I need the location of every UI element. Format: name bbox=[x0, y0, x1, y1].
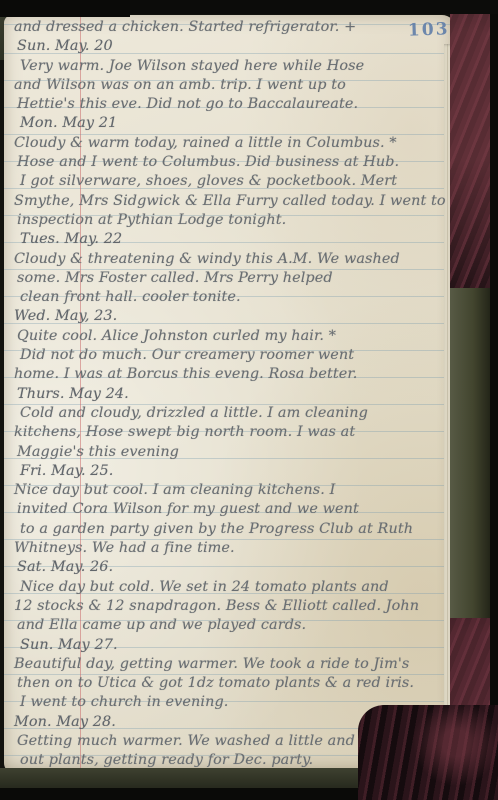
handwriting-line: some. Mrs Foster called. Mrs Perry helpe… bbox=[6, 269, 446, 288]
entry-date-line: Fri. May. 25. bbox=[6, 462, 446, 481]
entry-date-line: Sun. May 27. bbox=[6, 636, 446, 655]
handwriting-line: clean front hall. cooler tonite. bbox=[6, 288, 446, 307]
handwriting-line: Did not do much. Our creamery roomer wen… bbox=[6, 346, 446, 365]
handwriting-line: then on to Utica & got 1dz tomato plants… bbox=[6, 674, 446, 693]
handwriting-line: Maggie's this evening bbox=[6, 443, 446, 462]
entry-date-line: Sat. May. 26. bbox=[6, 558, 446, 577]
handwriting-line: Nice day but cold. We set in 24 tomato p… bbox=[6, 578, 446, 597]
handwriting-line: Hettie's this eve. Did not go to Baccala… bbox=[6, 95, 446, 114]
handwriting-line: Quite cool. Alice Johnston curled my hai… bbox=[6, 327, 446, 346]
diary-photo: 103 and dressed a chicken. Started refri… bbox=[0, 0, 498, 800]
entry-date-line: Tues. May. 22 bbox=[6, 230, 446, 249]
leather-cover-bottom-right bbox=[358, 705, 498, 800]
handwriting-line: Whitneys. We had a fine time. bbox=[6, 539, 446, 558]
handwriting-line: 12 stocks & 12 snapdragon. Bess & Elliot… bbox=[6, 597, 446, 616]
entry-date-line: Sun. May. 20 bbox=[6, 37, 446, 56]
handwriting-line: I got silverware, shoes, gloves & pocket… bbox=[6, 172, 446, 191]
handwriting-line: kitchens, Hose swept big north room. I w… bbox=[6, 423, 446, 442]
handwriting-line: Cold and cloudy, drizzled a little. I am… bbox=[6, 404, 446, 423]
entry-date-line: Thurs. May 24. bbox=[6, 385, 446, 404]
handwriting-line: Cloudy & warm today, rained a little in … bbox=[6, 134, 446, 153]
handwriting-line: Hose and I went to Columbus. Did busines… bbox=[6, 153, 446, 172]
background-right bbox=[490, 0, 498, 800]
handwriting-line: Nice day but cool. I am cleaning kitchen… bbox=[6, 481, 446, 500]
handwriting-line: Smythe, Mrs Sidgwick & Ella Furry called… bbox=[6, 192, 446, 211]
handwriting-line: Very warm. Joe Wilson stayed here while … bbox=[6, 57, 446, 76]
handwriting-line: and dressed a chicken. Started refrigera… bbox=[6, 18, 446, 37]
book-cover-edge-right bbox=[450, 288, 492, 618]
background-top-left bbox=[0, 0, 130, 17]
entry-date-line: Mon. May 21 bbox=[6, 114, 446, 133]
handwriting-line: Cloudy & threatening & windy this A.M. W… bbox=[6, 250, 446, 269]
handwriting-line: and Wilson was on an amb. trip. I went u… bbox=[6, 76, 446, 95]
handwriting-line: Beautiful day, getting warmer. We took a… bbox=[6, 655, 446, 674]
handwriting-line: to a garden party given by the Progress … bbox=[6, 520, 446, 539]
handwriting-line: and Ella came up and we played cards. bbox=[6, 616, 446, 635]
handwriting-line: invited Cora Wilson for my guest and we … bbox=[6, 500, 446, 519]
handwriting-line: inspection at Pythian Lodge tonight. bbox=[6, 211, 446, 230]
handwriting-block: and dressed a chicken. Started refrigera… bbox=[6, 18, 446, 771]
handwriting-line: home. I was at Borcus this eveng. Rosa b… bbox=[6, 365, 446, 384]
entry-date-line: Wed. May, 23. bbox=[6, 307, 446, 326]
